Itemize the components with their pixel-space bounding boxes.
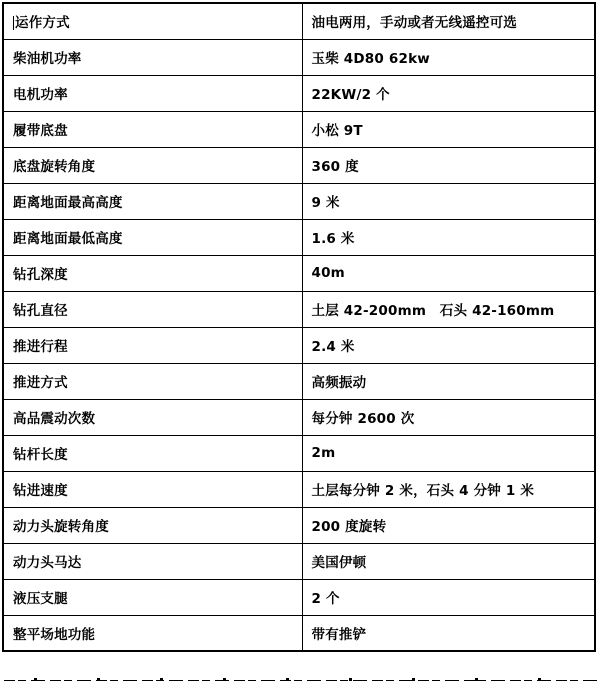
spec-label-text: 钻孔直径	[13, 303, 68, 319]
table-row: 距离地面最低高度1.6 米	[3, 219, 595, 255]
spec-value-cell[interactable]: 2 个	[302, 579, 595, 615]
spec-label-text: 动力头旋转角度	[13, 519, 109, 535]
table-row: 动力头旋转角度200 度旋转	[3, 507, 595, 543]
spec-label-cell[interactable]: 推进行程	[3, 327, 302, 363]
spec-value-text: 2m	[312, 445, 336, 461]
spec-value-text: 1.6 米	[312, 231, 355, 247]
spec-value-text: 高频振动	[312, 375, 367, 391]
spec-label-text: 钻孔深度	[13, 267, 68, 283]
spec-value-cell[interactable]: 土层每分钟 2 米，石头 4 分钟 1 米	[302, 471, 595, 507]
table-row: 液压支腿2 个	[3, 579, 595, 615]
table-row: 钻孔深度40m	[3, 255, 595, 291]
spec-value-text: 2 个	[312, 591, 340, 607]
spec-value-text: 200 度旋转	[312, 519, 387, 535]
spec-value-cell[interactable]: 2m	[302, 435, 595, 471]
table-row: 电机功率22KW/2 个	[3, 75, 595, 111]
spec-label-cell[interactable]: 液压支腿	[3, 579, 302, 615]
spec-value-text: 9 米	[312, 195, 340, 211]
table-row: 履带底盘小松 9T	[3, 111, 595, 147]
spec-label-cell[interactable]: 距离地面最低高度	[3, 219, 302, 255]
spec-value-cell[interactable]: 油电两用，手动或者无线遥控可选	[302, 3, 595, 39]
spec-label-text: 履带底盘	[13, 123, 68, 139]
spec-value-text: 22KW/2 个	[312, 87, 390, 103]
spec-value-text: 40m	[312, 265, 345, 281]
spec-label-text: 整平场地功能	[13, 627, 95, 643]
spec-label-cell[interactable]: 钻杆长度	[3, 435, 302, 471]
spec-value-text: 小松 9T	[312, 123, 363, 139]
spec-label-cell[interactable]: 推进方式	[3, 363, 302, 399]
spec-value-cell[interactable]: 每分钟 2600 次	[302, 399, 595, 435]
spec-label-cell[interactable]: 距离地面最高高度	[3, 183, 302, 219]
spec-label-text: 距离地面最低高度	[13, 231, 123, 247]
table-row: 推进方式高频振动	[3, 363, 595, 399]
spec-label-cell[interactable]: 柴油机功率	[3, 39, 302, 75]
spec-value-text: 2.4 米	[312, 339, 355, 355]
spec-value-cell[interactable]: 小松 9T	[302, 111, 595, 147]
spec-label-cell[interactable]: 动力头马达	[3, 543, 302, 579]
spec-label-cell[interactable]: 电机功率	[3, 75, 302, 111]
table-row: 推进行程2.4 米	[3, 327, 595, 363]
spec-label-text: 运作方式	[15, 15, 70, 31]
spec-label-cell[interactable]: 钻进速度	[3, 471, 302, 507]
spec-label-text: 钻杆长度	[13, 447, 68, 463]
spec-value-cell[interactable]: 美国伊顿	[302, 543, 595, 579]
table-row: 高品震动次数每分钟 2600 次	[3, 399, 595, 435]
spec-value-cell[interactable]: 2.4 米	[302, 327, 595, 363]
spec-label-cell[interactable]: 履带底盘	[3, 111, 302, 147]
spec-label-text: 距离地面最高高度	[13, 195, 123, 211]
spec-value-text: 带有推铲	[312, 627, 367, 643]
spec-table: 运作方式油电两用，手动或者无线遥控可选柴油机功率玉柴 4D80 62kw电机功率…	[2, 2, 596, 652]
table-row: 钻孔直径土层 42-200mm 石头 42-160mm	[3, 291, 595, 327]
spec-value-text: 土层 42-200mm 石头 42-160mm	[312, 303, 555, 319]
spec-value-cell[interactable]: 土层 42-200mm 石头 42-160mm	[302, 291, 595, 327]
spec-value-cell[interactable]: 360 度	[302, 147, 595, 183]
table-row: 距离地面最高高度9 米	[3, 183, 595, 219]
table-row: 柴油机功率玉柴 4D80 62kw	[3, 39, 595, 75]
spec-value-cell[interactable]: 带有推铲	[302, 615, 595, 651]
spec-value-text: 美国伊顿	[312, 555, 367, 571]
spec-label-cell[interactable]: 钻孔直径	[3, 291, 302, 327]
spec-label-text: 推进行程	[13, 339, 68, 355]
spec-label-text: 柴油机功率	[13, 51, 82, 67]
spec-value-text: 每分钟 2600 次	[312, 411, 415, 427]
spec-value-cell[interactable]: 22KW/2 个	[302, 75, 595, 111]
spec-label-text: 推进方式	[13, 375, 68, 391]
spec-value-cell[interactable]: 玉柴 4D80 62kw	[302, 39, 595, 75]
spec-label-cell[interactable]: 钻孔深度	[3, 255, 302, 291]
table-row: 整平场地功能带有推铲	[3, 615, 595, 651]
spec-label-cell[interactable]: 整平场地功能	[3, 615, 302, 651]
spec-value-text: 玉柴 4D80 62kw	[312, 51, 430, 67]
spec-label-cell[interactable]: 底盘旋转角度	[3, 147, 302, 183]
spec-label-text: 底盘旋转角度	[13, 159, 95, 175]
table-row: 动力头马达美国伊顿	[3, 543, 595, 579]
spec-value-text: 油电两用，手动或者无线遥控可选	[312, 15, 518, 31]
table-row: 钻杆长度2m	[3, 435, 595, 471]
spec-value-cell[interactable]: 200 度旋转	[302, 507, 595, 543]
text-cursor	[13, 16, 14, 30]
spec-value-cell[interactable]: 高频振动	[302, 363, 595, 399]
spec-label-text: 钻进速度	[13, 483, 68, 499]
spec-value-text: 360 度	[312, 159, 359, 175]
table-row: 底盘旋转角度360 度	[3, 147, 595, 183]
spec-value-text: 土层每分钟 2 米，石头 4 分钟 1 米	[312, 483, 535, 499]
table-row: 运作方式油电两用，手动或者无线遥控可选	[3, 3, 595, 39]
spec-label-text: 动力头马达	[13, 555, 82, 571]
spec-value-cell[interactable]: 1.6 米	[302, 219, 595, 255]
spec-sheet-page: 运作方式油电两用，手动或者无线遥控可选柴油机功率玉柴 4D80 62kw电机功率…	[0, 2, 601, 681]
spec-label-text: 电机功率	[13, 87, 68, 103]
spec-label-text: 液压支腿	[13, 591, 68, 607]
spec-label-cell[interactable]: 运作方式	[3, 3, 302, 39]
spec-label-cell[interactable]: 高品震动次数	[3, 399, 302, 435]
spec-label-cell[interactable]: 动力头旋转角度	[3, 507, 302, 543]
spec-value-cell[interactable]: 40m	[302, 255, 595, 291]
table-row: 钻进速度土层每分钟 2 米，石头 4 分钟 1 米	[3, 471, 595, 507]
spec-label-text: 高品震动次数	[13, 411, 95, 427]
spec-value-cell[interactable]: 9 米	[302, 183, 595, 219]
